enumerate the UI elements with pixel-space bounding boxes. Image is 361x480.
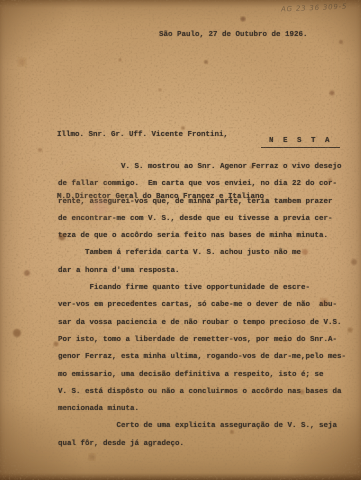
body-line: V. S. está dispôsto ou não a concluirmos… [58,384,354,401]
paragraph-4: Certo de uma explicita asseguração de V.… [58,418,354,453]
body-line: dar a honra d'uma resposta. [58,263,354,280]
body-line: genor Ferraz, esta minha ultima, rogando… [58,349,354,366]
letter-body: V. S. mostrou ao Snr. Agenor Ferraz o vi… [58,159,354,453]
body-line: mo emissario, uma decisão definitiva a r… [58,367,354,384]
paragraph-1: V. S. mostrou ao Snr. Agenor Ferraz o vi… [58,159,354,245]
body-line: mencionada minuta. [58,401,354,418]
body-line: Ficando firme quanto tive opportunidade … [58,280,354,297]
recipient-line-1: Illmo. Snr. Gr. Uff. Vicente Frontini, [57,125,264,146]
body-line: de fallar commigo. Em carta que vos envi… [58,176,354,193]
body-line: de encontrar-me com V. S., desde que eu … [58,211,354,228]
body-line: sar da vossa paciencia e de não roubar o… [58,315,354,332]
archival-note: AG 23 36 309-5 [281,3,348,14]
paragraph-3: Ficando firme quanto tive opportunidade … [58,280,354,418]
letter-page: AG 23 36 309-5 São Paulo, 27 de Outubro … [0,0,361,480]
delivery-note: N E S T A [261,137,340,148]
body-line: Tambem á referida carta V. S. achou just… [58,245,354,262]
body-line: Por isto, tomo a liberdade de remetter-v… [58,332,354,349]
body-line: ver-vos em precedentes cartas, só cabe-m… [58,297,354,314]
paragraph-2: Tambem á referida carta V. S. achou just… [58,245,354,280]
body-line: V. S. mostrou ao Snr. Agenor Ferraz o vi… [58,159,354,176]
body-line: qual fôr, desde já agradeço. [58,436,354,453]
delivery-note-wrap: N E S T A [261,129,340,148]
body-line: Certo de uma explicita asseguração de V.… [58,418,354,435]
body-line: teza de que o accôrdo seria feito nas ba… [58,228,354,245]
dateline: São Paulo, 27 de Outubro de 1926. [159,31,308,39]
body-line: rente, assegurei-vos que, de minha parte… [58,194,354,211]
